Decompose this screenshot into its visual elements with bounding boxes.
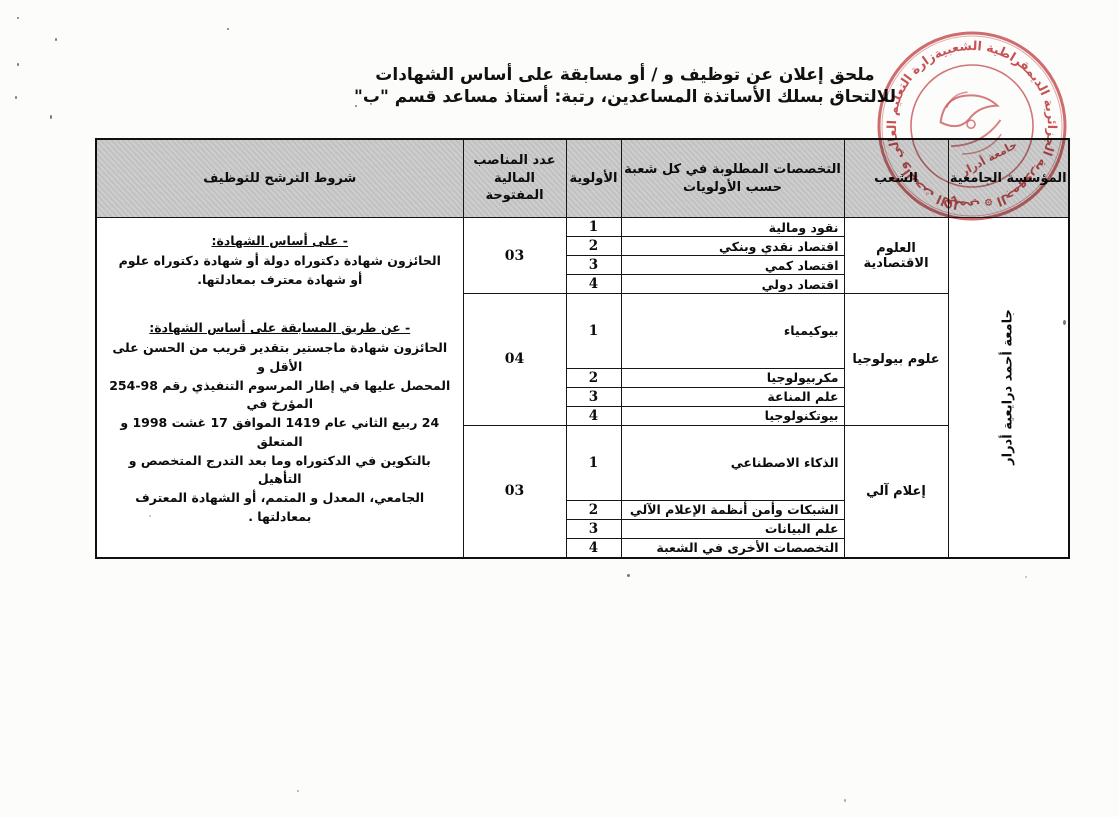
priority-cell: 4 <box>566 406 621 425</box>
header-priority: الأولوية <box>566 139 621 218</box>
branch-cell-economics: العلوم الاقتصادية <box>844 218 948 294</box>
positions-cell: 03 <box>463 218 566 294</box>
title-line-2: للالتحاق بسلك الأساتذة المساعدين، رتبة: … <box>270 86 980 108</box>
priority-cell: 3 <box>566 256 621 275</box>
positions-cell: 03 <box>463 425 566 557</box>
scanned-document-page: ملحق إعلان عن توظيف و / أو مسابقة على أس… <box>0 0 1119 817</box>
title-line-1: ملحق إعلان عن توظيف و / أو مسابقة على أس… <box>270 64 980 86</box>
spec-cell: الذكاء الاصطناعي <box>621 425 844 500</box>
priority-cell: 1 <box>566 425 621 500</box>
scan-speck <box>17 63 19 66</box>
conditions-body-competition: الحائزون شهادة ماجستير بتقدير قريب من ال… <box>107 339 453 527</box>
spec-cell: التخصصات الأخرى في الشعبة <box>621 538 844 558</box>
institution-cell: جامعة أحمد درايعية أدرار <box>948 218 1069 558</box>
spec-cell: اقتصاد نقدي وبنكي <box>621 237 844 256</box>
header-conditions: شروط الترشح للتوظيف <box>96 139 463 218</box>
conditions-block-competition: - عن طريق المسابقة على أساس الشهادة: الح… <box>107 319 453 526</box>
spec-cell: مكربيولوجيا <box>621 368 844 387</box>
scan-speck <box>55 38 57 41</box>
header-positions: عدد المناصب المالية المفتوحة <box>463 139 566 218</box>
priority-cell: 1 <box>566 294 621 369</box>
scan-speck <box>297 790 299 792</box>
scan-speck <box>1025 576 1027 578</box>
header-institution: المؤسسة الجامعية <box>948 139 1069 218</box>
document-title: ملحق إعلان عن توظيف و / أو مسابقة على أس… <box>270 64 980 109</box>
priority-cell: 4 <box>566 275 621 294</box>
spec-cell: الشبكات وأمن أنظمة الإعلام الآلي <box>621 500 844 519</box>
positions-cell: 04 <box>463 294 566 426</box>
priority-cell: 2 <box>566 500 621 519</box>
priority-cell: 1 <box>566 218 621 237</box>
spec-cell: علم البيانات <box>621 519 844 538</box>
branch-cell-biology: علوم بيولوجيا <box>844 294 948 426</box>
scan-speck <box>149 515 151 517</box>
conditions-cell: - على أساس الشهادة: الحائزون شهادة دكتور… <box>96 218 463 558</box>
spec-cell: بيوكيمياء <box>621 294 844 369</box>
scan-speck <box>50 115 52 119</box>
priority-cell: 3 <box>566 387 621 406</box>
announcement-table: المؤسسة الجامعية الشعب التخصصات المطلوبة… <box>95 138 1070 559</box>
scan-speck <box>17 17 19 19</box>
conditions-heading-competition: - عن طريق المسابقة على أساس الشهادة: <box>149 319 410 338</box>
priority-cell: 3 <box>566 519 621 538</box>
conditions-heading-degree: - على أساس الشهادة: <box>212 232 349 251</box>
scan-speck <box>355 105 357 107</box>
conditions-block-degree: - على أساس الشهادة: الحائزون شهادة دكتور… <box>107 232 453 289</box>
spec-cell: اقتصاد كمي <box>621 256 844 275</box>
spec-cell: اقتصاد دولي <box>621 275 844 294</box>
header-branches: الشعب <box>844 139 948 218</box>
priority-cell: 2 <box>566 368 621 387</box>
priority-cell: 4 <box>566 538 621 558</box>
scan-speck <box>227 28 229 30</box>
scan-speck <box>844 799 846 802</box>
header-row: المؤسسة الجامعية الشعب التخصصات المطلوبة… <box>96 139 1069 218</box>
institution-name: جامعة أحمد درايعية أدرار <box>1001 309 1016 465</box>
scan-speck <box>15 96 17 99</box>
spec-cell: نقود ومالية <box>621 218 844 237</box>
conditions-body-degree: الحائزون شهادة دكتوراه دولة أو شهادة دكت… <box>107 252 453 290</box>
spec-cell: علم المناعة <box>621 387 844 406</box>
scan-speck <box>1063 320 1066 325</box>
priority-cell: 2 <box>566 237 621 256</box>
table-row: جامعة أحمد درايعية أدرار العلوم الاقتصاد… <box>96 218 1069 237</box>
scan-speck <box>627 574 630 577</box>
branch-cell-informatics: إعلام آلي <box>844 425 948 557</box>
header-specializations: التخصصات المطلوبة في كل شعبة حسب الأولوي… <box>621 139 844 218</box>
spec-cell: بيوتكنولوجيا <box>621 406 844 425</box>
